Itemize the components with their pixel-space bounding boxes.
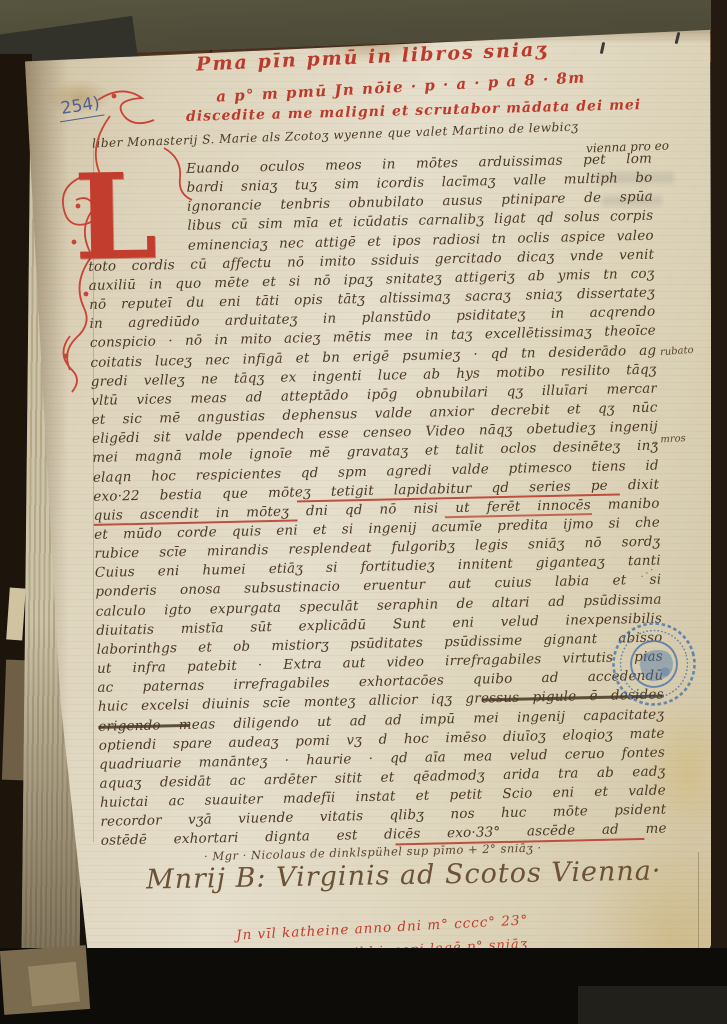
margin-note-rubato: rubato: [660, 345, 694, 358]
manuscript-photo: ··· 254) Pma pīn pmū in libros sniaʒ a p…: [0, 0, 727, 1024]
manuscript-text-block: Euando oculos meos in mōtes arduissimas …: [86, 150, 667, 852]
foam-support-bottom-right: [578, 986, 727, 1024]
margin-note-mros: „ mros: [652, 433, 686, 446]
table-edge-right: [711, 0, 727, 1024]
binding-wear-bottom-left: [28, 962, 80, 1007]
